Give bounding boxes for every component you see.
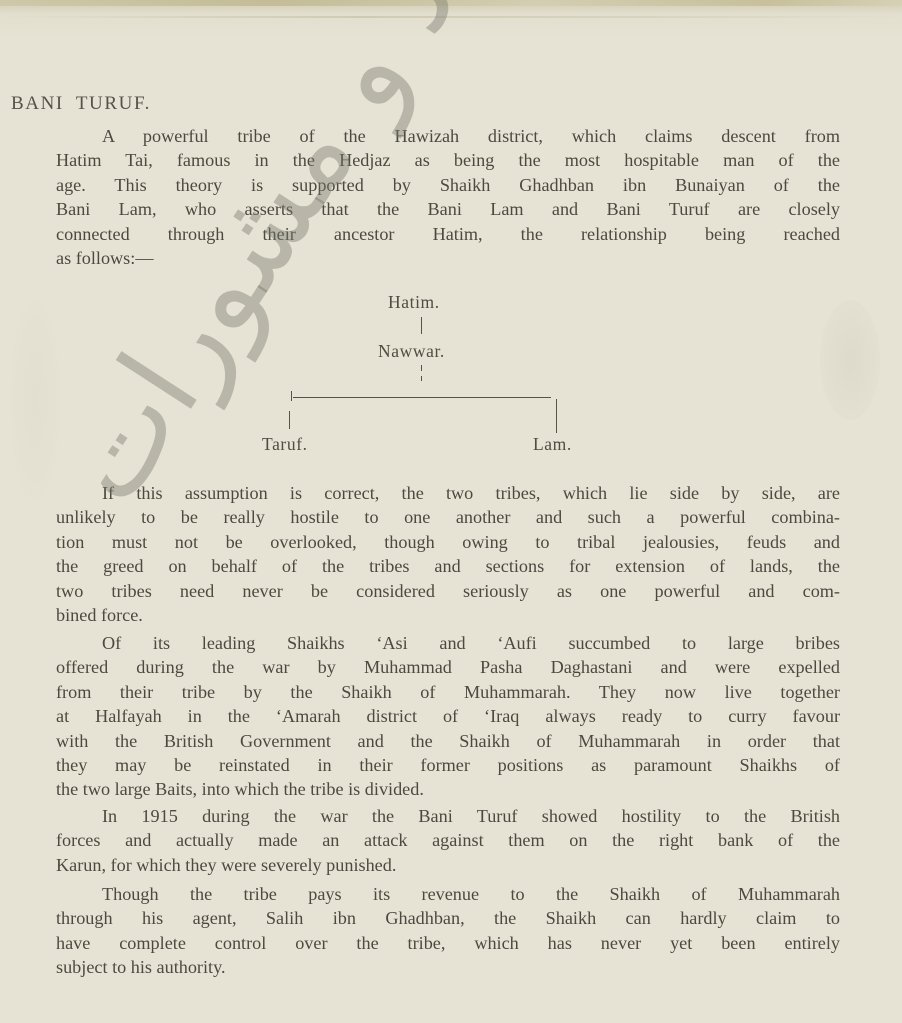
tree-connector [289,411,290,429]
text-line: as follows:— [56,246,840,270]
text-line: subject to his authority. [56,955,840,979]
text-line: forces and actually made an attack again… [56,828,840,852]
paragraph-revenue: Though the tribe pays its revenue to the… [56,882,840,980]
text-line: A powerful tribe of the Hawizah district… [56,124,840,148]
text-line: have complete control over the tribe, wh… [56,931,840,955]
paper-stain [10,300,60,500]
tree-node-hatim: Hatim. [388,292,440,313]
text-line: Bani Lam, who asserts that the Bani Lam … [56,197,840,221]
page-top-edge [0,0,902,6]
text-line: at Halfayah in the ‘Amarah district of ‘… [56,704,840,728]
section-heading: BANI TURUF. [11,93,151,115]
text-line: bined force. [56,603,840,627]
paragraph-assumption: If this assumption is correct, the two t… [56,481,840,627]
paragraph-intro: A powerful tribe of the Hawizah district… [56,124,840,270]
tree-connector-dashed [421,376,422,381]
tree-node-taruf: Taruf. [262,434,308,455]
text-line: they may be reinstated in their former p… [56,753,840,777]
text-line: Though the tribe pays its revenue to the… [56,882,840,906]
text-line: from their tribe by the Shaikh of Muhamm… [56,680,840,704]
paragraph-1915: In 1915 during the war the Bani Turuf sh… [56,804,840,877]
text-line: Karun, for which they were severely puni… [56,853,840,877]
tree-connector [421,317,422,334]
text-line: with the British Government and the Shai… [56,729,840,753]
text-line: Hatim Tai, famous in the Hedjaz as being… [56,148,840,172]
text-line: two tribes need never be considered seri… [56,579,840,603]
tree-connector-dashed [421,365,422,371]
tree-node-nawwar: Nawwar. [378,341,445,362]
text-line: Of its leading Shaikhs ‘Asi and ‘Aufi su… [56,631,840,655]
tree-node-lam: Lam. [533,434,572,455]
text-line: the greed on behalf of the tribes and se… [56,554,840,578]
tree-connector [291,391,292,401]
tree-connector [556,399,557,433]
tree-branch-horizontal [293,397,551,398]
paragraph-shaikhs: Of its leading Shaikhs ‘Asi and ‘Aufi su… [56,631,840,802]
page-fold-line [0,16,902,18]
scanned-page: BANI TURUF. A powerful tribe of the Hawi… [0,0,902,1023]
text-line: offered during the war by Muhammad Pasha… [56,655,840,679]
text-line: tion must not be overlooked, though owin… [56,530,840,554]
text-line: through his agent, Salih ibn Ghadhban, t… [56,906,840,930]
text-line: age. This theory is supported by Shaikh … [56,173,840,197]
paper-stain [820,300,880,420]
text-line: If this assumption is correct, the two t… [56,481,840,505]
text-line: In 1915 during the war the Bani Turuf sh… [56,804,840,828]
text-line: the two large Baits, into which the trib… [56,777,840,801]
text-line: unlikely to be really hostile to one ano… [56,505,840,529]
text-line: connected through their ancestor Hatim, … [56,222,840,246]
